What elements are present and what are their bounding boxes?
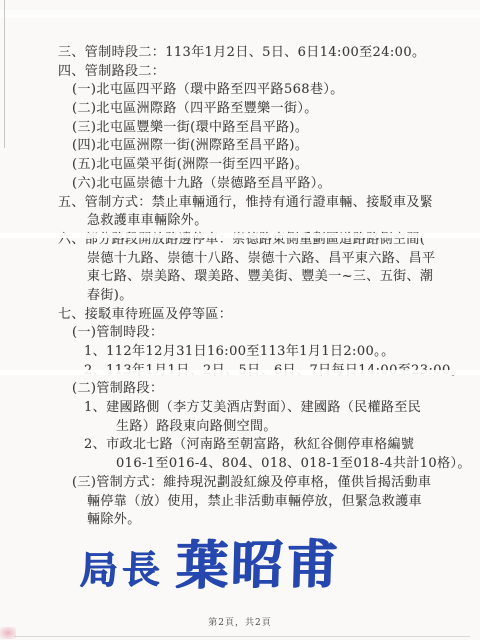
document-line: (二)管制路段： — [0, 380, 480, 399]
document-line: (三)北屯區豐樂一街(環中路至昌平路)。 — [0, 119, 480, 138]
scan-pink-smudge — [0, 627, 16, 639]
document-line: (一)管制時段： — [0, 324, 480, 343]
scan-streak — [0, 370, 480, 375]
signature-name: 葉昭甫 — [175, 539, 341, 592]
document-line: (六)北屯區崇德十九路（崇德路至昌平路）。 — [0, 175, 480, 194]
document-line: 三、管制時段二：113年1月2日、5日、6日14:00至24:00。 — [0, 44, 480, 63]
scan-bottom-line — [14, 636, 470, 637]
document-line: 016-1至016-4、804、018、018-1至018-4共計10格）。 — [0, 455, 480, 474]
document-body: 三、管制時段二：113年1月2日、5日、6日14:00至24:00。 四、管制路… — [0, 44, 480, 530]
document-line: 急救護車車輛除外。 — [0, 212, 480, 231]
signature-title: 局長 — [79, 550, 164, 593]
document-line: (一)北屯區四平路（環中路至四平路568巷）。 — [0, 81, 480, 100]
document-line: 2、市政北七路（河南路至朝富路，秋紅谷側停車格編號 — [0, 436, 480, 455]
document-line: 輛停靠（放）使用，禁止非活動車輛停放，但緊急救護車 — [0, 493, 480, 512]
scan-streak — [0, 10, 480, 18]
document-line: 七、接駁車待班區及停等區： — [0, 306, 480, 325]
signature-block: 局長 葉昭甫 — [79, 539, 341, 593]
page-number-footer: 第2頁，共2頁 — [0, 615, 480, 628]
scanned-document-page: 三、管制時段二：113年1月2日、5日、6日14:00至24:00。 四、管制路… — [0, 0, 480, 640]
document-line: 四、管制路段二： — [0, 63, 480, 82]
document-line: 1、112年12月31日16:00至113年1月1日2:00。。 — [0, 343, 480, 362]
document-line: 五、管制方式：禁止車輛通行，惟持有通行證車輛、接駁車及緊 — [0, 194, 480, 213]
document-line: 輛除外。 — [0, 511, 480, 530]
document-line: 東七路、崇美路、環美路、豐美街、豐美一~三、五街、潮 — [0, 268, 480, 287]
document-line: (五)北屯區榮平街(洲際一街至四平路)。 — [0, 156, 480, 175]
document-line: 崇德十九路、崇德十八路、崇德十六路、昌平東六路、昌平 — [0, 250, 480, 269]
scan-streak — [0, 233, 480, 238]
document-line: 生路）路段東向路側空間。 — [0, 418, 480, 437]
document-line: (四)北屯區洲際一街(洲際路至昌平路)。 — [0, 137, 480, 156]
document-line: 1、建國路側（李方艾美酒店對面）、建國路（民權路至民 — [0, 399, 480, 418]
document-line: (三)管制方式：維持現況劃設紅線及停車格，僅供旨揭活動車 — [0, 474, 480, 493]
document-line: 春街)。 — [0, 287, 480, 306]
document-line: (二)北屯區洲際路（四平路至豐樂一街）。 — [0, 100, 480, 119]
